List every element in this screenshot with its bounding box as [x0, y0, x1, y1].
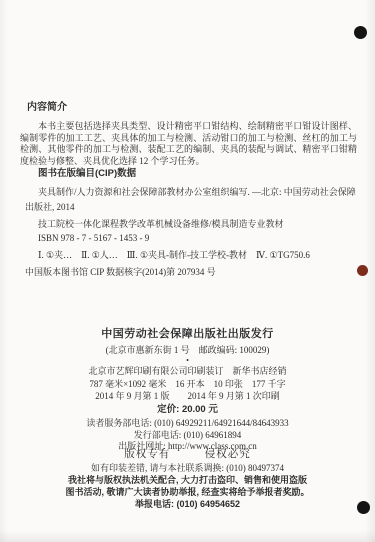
- report-phone: 举报电话: (010) 64954652: [0, 499, 375, 510]
- book-copyright-page: 内容简介 本书主要包括选择夹具类型、设计精密平口钳结构、绘制精密平口钳设计图样、…: [0, 0, 375, 542]
- cip-title-line: 夹具制作/人力资源和社会保障部教材办公室组织编写. —北京: 中国劳动社会保障: [38, 187, 347, 197]
- piracy-warning-line2: 图书活动, 敬请广大读者协助举报, 经查实将给予举报者奖励。: [0, 487, 375, 498]
- cip-title-continuation: 出版社, 2014: [25, 202, 347, 212]
- cip-record-number: 中国版本图书馆 CIP 数据核字(2014)第 207934 号: [25, 267, 347, 277]
- exchange-line: 如有印装差错, 请与本社联系调换: (010) 80497374: [0, 463, 375, 473]
- copyright-notice: 版权专有 侵权必究: [0, 449, 375, 461]
- reader-service-phone: 读者服务部电话: (010) 64929211/64921644/8464393…: [0, 418, 375, 428]
- scan-dot-middle-icon: [357, 265, 368, 276]
- cip-classification: Ⅰ. ①夹… Ⅱ. ①人… Ⅲ. ①夹具-制作-技工学校-教材 Ⅳ. ①TG75…: [38, 250, 347, 260]
- piracy-warning-line1: 我社将与版权执法机关配合, 大力打击盗印、销售和使用盗版: [0, 475, 375, 486]
- cip-series-line: 技工院校一体化课程教学改革机械设备维修/模具制造专业教材: [38, 219, 347, 229]
- intro-section: 内容简介 本书主要包括选择夹具类型、设计精密平口钳结构、绘制精密平口钳设计图样、…: [20, 102, 357, 167]
- imprint-section: 中国劳动社会保障出版社出版发行 (北京市惠新东街 1 号 邮政编码: 10002…: [0, 328, 375, 451]
- separator-dot: •: [0, 357, 375, 364]
- scan-dot-bottom-icon: [357, 501, 370, 514]
- scan-dot-top-icon: [354, 26, 367, 39]
- format-line: 787 毫米×1092 毫米 16 开本 10 印张 177 千字: [0, 379, 375, 389]
- cip-isbn: ISBN 978 - 7 - 5167 - 1453 - 9: [38, 233, 347, 243]
- distribution-phone: 发行部电话: (010) 64961894: [0, 430, 375, 440]
- copyright-section: 版权专有 侵权必究 如有印装差错, 请与本社联系调换: (010) 804973…: [0, 449, 375, 510]
- printer-line: 北京市艺辉印刷有限公司印刷装订 新华书店经销: [0, 366, 375, 376]
- publisher-name: 中国劳动社会保障出版社出版发行: [0, 328, 375, 340]
- intro-paragraph: 本书主要包括选择夹具类型、设计精密平口钳结构、绘制精密平口钳设计图样、编制零件的…: [20, 121, 357, 167]
- cip-heading: 图书在版编目(CIP)数据: [38, 168, 347, 179]
- edition-line: 2014 年 9 月第 1 版 2014 年 9 月第 1 次印刷: [0, 391, 375, 401]
- cip-section: 图书在版编目(CIP)数据 夹具制作/人力资源和社会保障部教材办公室组织编写. …: [25, 168, 347, 282]
- publisher-address: (北京市惠新东街 1 号 邮政编码: 100029): [0, 345, 375, 355]
- price-line: 定价: 20.00 元: [0, 404, 375, 415]
- intro-heading: 内容简介: [27, 102, 357, 114]
